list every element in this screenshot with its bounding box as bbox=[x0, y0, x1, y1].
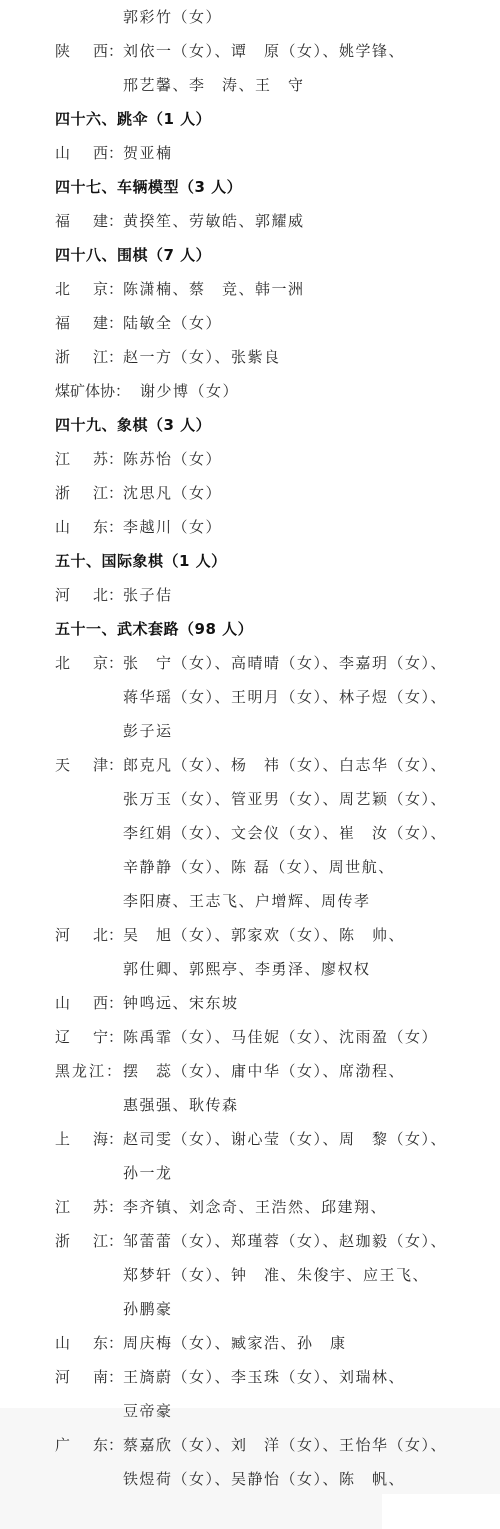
athlete-names: 陆敏全（女） bbox=[123, 306, 222, 340]
athlete-names: 蔡嘉欣（女）、刘 洋（女）、王怡华（女）、 bbox=[123, 1428, 447, 1462]
athlete-names: 李越川（女） bbox=[123, 510, 222, 544]
region-label: 河北： bbox=[55, 918, 123, 952]
section-heading: 五十一、武术套路（98 人） bbox=[55, 612, 253, 646]
region-label: 浙江： bbox=[55, 1224, 123, 1258]
athlete-names: 张 宁（女）、高晴晴（女）、李嘉玥（女）、 bbox=[123, 646, 447, 680]
athlete-names: 郭仕卿、郭熙亭、李勇泽、廖权权 bbox=[123, 952, 371, 986]
athlete-names: 邢艺馨、李 涛、王 守 bbox=[123, 68, 305, 102]
athlete-names: 谢少博（女） bbox=[140, 374, 239, 408]
region-label: 北京： bbox=[55, 272, 123, 306]
region-label: 江苏： bbox=[55, 1190, 123, 1224]
region-label: 山东： bbox=[55, 1326, 123, 1360]
region-label: 浙江： bbox=[55, 476, 123, 510]
athlete-names: 赵司雯（女）、谢心莹（女）、周 黎（女）、 bbox=[123, 1122, 447, 1156]
athlete-names: 周庆梅（女）、臧家浩、孙 康 bbox=[123, 1326, 347, 1360]
athlete-names: 钟鸣远、宋东坡 bbox=[123, 986, 239, 1020]
region-label: 辽宁： bbox=[55, 1020, 123, 1054]
athlete-names: 孙一龙 bbox=[123, 1156, 173, 1190]
athlete-names: 陈潇楠、蔡 竞、韩一洲 bbox=[123, 272, 305, 306]
athlete-names: 郭彩竹（女） bbox=[123, 0, 222, 34]
athlete-names: 张子佶 bbox=[123, 578, 173, 612]
section-heading: 四十六、跳伞（1 人） bbox=[55, 102, 211, 136]
region-label: 福建： bbox=[55, 306, 123, 340]
athlete-names: 李阳赓、王志飞、户增辉、周传孝 bbox=[123, 884, 371, 918]
athlete-names: 豆帝豪 bbox=[123, 1394, 173, 1428]
athlete-names: 摆 蕊（女）、庸中华（女）、席渤程、 bbox=[123, 1054, 405, 1088]
athlete-names: 李齐镇、刘念奇、王浩然、邱建翔、 bbox=[123, 1190, 387, 1224]
region-label: 福建： bbox=[55, 204, 123, 238]
athlete-names: 刘依一（女）、谭 原（女）、姚学锋、 bbox=[123, 34, 405, 68]
region-label: 广东： bbox=[55, 1428, 123, 1462]
athlete-names: 郎克凡（女）、杨 祎（女）、白志华（女）、 bbox=[123, 748, 447, 782]
region-label: 浙江： bbox=[55, 340, 123, 374]
athlete-names: 吴 旭（女）、郭家欢（女）、陈 帅、 bbox=[123, 918, 405, 952]
section-heading: 四十七、车辆模型（3 人） bbox=[55, 170, 242, 204]
section-heading: 四十八、围棋（7 人） bbox=[55, 238, 211, 272]
region-label: 山东： bbox=[55, 510, 123, 544]
region-label: 江苏： bbox=[55, 442, 123, 476]
section-heading: 五十、国际象棋（1 人） bbox=[55, 544, 227, 578]
athlete-names: 李红娟（女）、文会仪（女）、崔 汝（女）、 bbox=[123, 816, 447, 850]
athlete-names: 贺亚楠 bbox=[123, 136, 173, 170]
region-label: 上海： bbox=[55, 1122, 123, 1156]
athlete-names: 邹蕾蕾（女）、郑瑾蓉（女）、赵珈毅（女）、 bbox=[123, 1224, 447, 1258]
background-patch bbox=[382, 1494, 500, 1529]
athlete-names: 张万玉（女）、管亚男（女）、周艺颖（女）、 bbox=[123, 782, 447, 816]
athlete-names: 沈思凡（女） bbox=[123, 476, 222, 510]
region-label: 天津： bbox=[55, 748, 123, 782]
athlete-names: 辛静静（女）、陈 磊（女）、周世航、 bbox=[123, 850, 395, 884]
athlete-names: 蒋华瑶（女）、王明月（女）、林子煜（女）、 bbox=[123, 680, 447, 714]
region-label: 山西： bbox=[55, 986, 123, 1020]
region-label: 北京： bbox=[55, 646, 123, 680]
athlete-names: 王旖蔚（女）、李玉珠（女）、刘瑞林、 bbox=[123, 1360, 405, 1394]
athlete-names: 陈苏怡（女） bbox=[123, 442, 222, 476]
athlete-names: 铁煜荷（女）、吴静怡（女）、陈 帆、 bbox=[123, 1462, 405, 1496]
section-heading: 四十九、象棋（3 人） bbox=[55, 408, 211, 442]
athlete-names: 黄揆笙、劳敏皓、郭耀威 bbox=[123, 204, 305, 238]
athlete-names: 彭子运 bbox=[123, 714, 173, 748]
region-label: 河南： bbox=[55, 1360, 123, 1394]
athlete-names: 惠强强、耿传森 bbox=[123, 1088, 239, 1122]
region-label: 黑龙江： bbox=[55, 1054, 123, 1088]
athlete-names: 陈禹霏（女）、马佳妮（女）、沈雨盈（女） bbox=[123, 1020, 438, 1054]
athlete-names: 郑梦轩（女）、钟 准、朱俊宇、应王飞、 bbox=[123, 1258, 429, 1292]
region-label: 河北： bbox=[55, 578, 123, 612]
athlete-names: 孙鹏豪 bbox=[123, 1292, 173, 1326]
region-label: 煤矿体协： bbox=[55, 374, 123, 408]
region-label: 陕西： bbox=[55, 34, 123, 68]
region-label: 山西： bbox=[55, 136, 123, 170]
athlete-names: 赵一方（女）、张紫良 bbox=[123, 340, 281, 374]
